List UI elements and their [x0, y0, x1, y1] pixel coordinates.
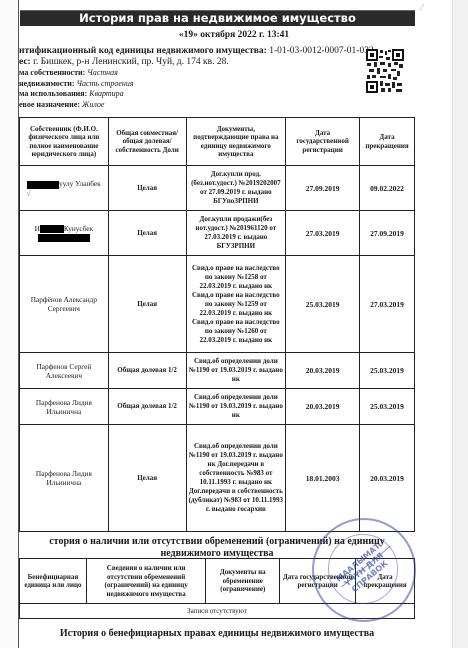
share-cell: Целая	[108, 425, 186, 532]
info-value: г. Бишкек, р-н Ленинский, пр. Чуй, д. 17…	[33, 57, 229, 67]
document-title: История прав на недвижимое имущество	[20, 10, 415, 26]
header-end-date: Дата прекращения	[360, 118, 415, 166]
owner-cell: Парфенова Лидия Ильинична	[20, 389, 109, 425]
end-date-cell: 20.03.2019	[360, 425, 415, 532]
owner-cell: Парфенов Сергей Алексеевич	[20, 353, 109, 389]
reg-date-cell: 25.03.2019	[286, 256, 360, 353]
info-value: Квартира	[89, 89, 123, 98]
info-label: ес:	[19, 57, 33, 67]
reg-date-cell: 18.01.2003	[286, 425, 360, 532]
reg-date-cell: 27.09.2019	[286, 166, 360, 211]
end-date-cell: 25.03.2019	[360, 353, 415, 389]
table-header-row: Собственник (Ф.И.О. физического лица или…	[20, 118, 415, 166]
owner-name: Кунусбек	[64, 224, 93, 233]
info-label: нтификационный код единицы недвижимого и…	[19, 46, 269, 56]
property-info: нтификационный код единицы недвижимого и…	[19, 46, 374, 110]
documents-cell: Свид.об определении доли №1190 от 19.03.…	[186, 389, 286, 425]
share-cell: Общая долевая 1/2	[108, 389, 186, 425]
info-value: 1-01-03-0012-0007-01-032	[269, 46, 373, 56]
encumbrance-section-title: стория о наличии или отсутствии обремене…	[19, 536, 415, 560]
end-date-cell: 27.09.2019	[360, 211, 415, 256]
table-row-empty: Записи отсутствуют	[20, 604, 415, 619]
table-header-row: Бенефициарная единица или лицо Сведения …	[20, 559, 415, 604]
redaction	[38, 234, 90, 242]
pen-mark: /	[420, 0, 423, 15]
info-value: Часть строения	[77, 79, 134, 88]
header-encumbrance-info: Сведения о наличии или отсутствии обреме…	[86, 559, 205, 604]
table-row: Парфенова Лидия Ильинична Общая долевая …	[20, 389, 415, 425]
reg-date-cell: 20.03.2019	[286, 353, 360, 389]
table-row: Парфенова Лидия Ильинична Целая Свид.об …	[20, 425, 415, 532]
header-encumbrance-docs: Документы на обременение (ограничение)	[206, 559, 280, 604]
no-records-text: Записи отсутствуют	[20, 604, 415, 619]
redaction	[40, 225, 64, 233]
header-owner: Собственник (Ф.И.О. физического лица или…	[20, 118, 109, 166]
reg-date-cell: 20.03.2019	[286, 389, 360, 425]
page-margin	[452, 0, 468, 648]
info-row-type: недвижимости: Часть строения	[19, 79, 374, 90]
info-label: ма использования:	[19, 89, 89, 98]
table-row: Парфёнов Александр Сергеевич Целая Свид.…	[20, 256, 415, 353]
end-date-cell: 09.02.2022	[360, 166, 415, 211]
share-cell: Целая	[108, 166, 186, 211]
header-beneficiary: Бенефициарная единица или лицо	[20, 559, 87, 604]
header-share: Общая совместная/ общая долевая/ собстве…	[108, 118, 186, 166]
info-label: евое назначение:	[19, 100, 82, 109]
info-row-ownership: ма собственности: Частная	[19, 68, 374, 79]
header-reg-date: Дата государственной регистрации	[286, 118, 360, 166]
table-row: НКунусбек Целая Дог.купли продажи(без но…	[20, 211, 415, 256]
info-row-address: ес: г. Бишкек, р-н Ленинский, пр. Чуй, д…	[19, 57, 374, 68]
info-row-id: нтификационный код единицы недвижимого и…	[19, 46, 374, 57]
info-row-usage: ма использования: Квартира	[19, 89, 374, 100]
info-row-purpose: евое назначение: Жилое	[19, 100, 374, 111]
document-date: «19» октября 2022 г. 13:41	[0, 30, 468, 40]
info-value: Частная	[87, 68, 118, 77]
reg-date-cell: 27.03.2019	[286, 211, 360, 256]
redaction	[27, 181, 59, 189]
qr-code-icon	[366, 49, 404, 93]
documents-cell: Дог.купли прод. (без.нот.удост.) №201920…	[186, 166, 286, 211]
table-row: Парфенов Сергей Алексеевич Общая долевая…	[20, 353, 415, 389]
owner-cell: Парфенова Лидия Ильинична	[20, 425, 109, 532]
beneficiary-section-title: История о бенефициарных правах единицы н…	[19, 628, 415, 639]
end-date-cell: 25.03.2019	[360, 389, 415, 425]
owner-cell: НКунусбек	[20, 211, 109, 256]
info-label: ма собственности:	[19, 68, 87, 77]
header-documents: Документы, подтверждающие права на едини…	[186, 118, 286, 166]
share-cell: Целая	[108, 211, 186, 256]
share-cell: Целая	[108, 256, 186, 353]
owner-cell: уулу Уланбек√	[20, 166, 109, 211]
owner-name: уулу Уланбек	[59, 179, 101, 188]
end-date-cell: 27.03.2019	[360, 256, 415, 353]
documents-cell: Свид.об определении доли №1190 от 19.03.…	[186, 353, 286, 389]
table-row: уулу Уланбек√ Целая Дог.купли прод. (без…	[20, 166, 415, 211]
info-label: недвижимости:	[19, 79, 77, 88]
documents-cell: Дог.купли продажи(без нот.удост.) №20196…	[186, 211, 286, 256]
owner-cell: Парфёнов Александр Сергеевич	[20, 256, 109, 353]
rights-history-table: Собственник (Ф.И.О. физического лица или…	[19, 117, 415, 532]
info-value: Жилое	[82, 100, 104, 109]
encumbrance-table: Бенефициарная единица или лицо Сведения …	[19, 558, 415, 619]
documents-cell: Свид.об определении доли №1190 от 19.03.…	[186, 425, 286, 532]
header-reg-date: Дата государственной регистрации	[280, 559, 356, 604]
documents-cell: Свид.о праве на наследство по закону №12…	[186, 256, 286, 353]
share-cell: Общая долевая 1/2	[108, 353, 186, 389]
check-mark: √	[22, 189, 106, 197]
header-end-date: Дата прекращения	[356, 559, 415, 604]
